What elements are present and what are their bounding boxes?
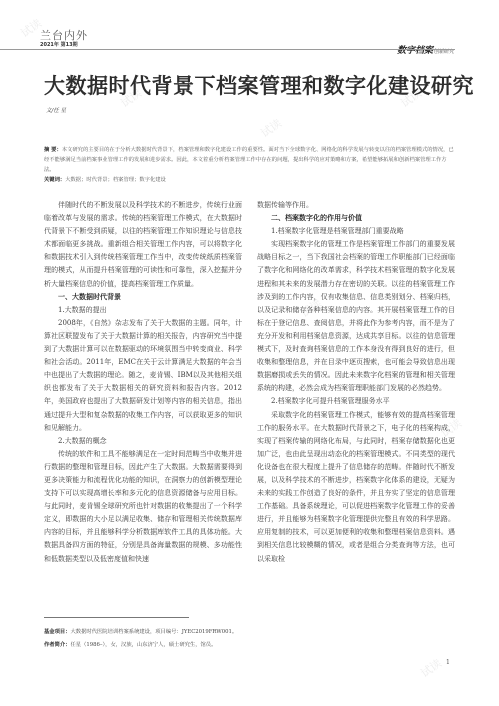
body-paragraph: 2008年，《自然》杂志发布了关于大数据的主题。同年，计算社区联盟发布了关于大数… — [44, 317, 242, 435]
abstract-text: 本文研究的主要目的在于分析大数据时代背景下，档案管理和数字化建设工作的重要性。面… — [44, 147, 454, 173]
column-brand: 数字档案创新研究 — [397, 38, 454, 57]
keywords: 关键词：大数据；时代背景；档案管理；数字化建设 — [44, 175, 457, 185]
body-paragraph: 实现档案数字化的管理工作是档案管理工作部门的重要发展战略目标之一，当下我国社会档… — [257, 238, 455, 395]
subsection-heading: 2.档案数字化可提升档案管理服务水平 — [257, 395, 455, 408]
section-heading: 二、档案数字化的作用与价值 — [257, 212, 455, 225]
body-paragraph-continued: 数据传输等作用。 — [257, 199, 455, 212]
keywords-label: 关键词： — [44, 177, 65, 183]
watermark: 试读 — [257, 115, 284, 141]
page-number: 1 — [446, 659, 450, 666]
body-paragraph: 传统的软件和工具不能够满足在一定时间范畴当中收集并进行数据的整理和管理目标，因此… — [44, 448, 242, 566]
fund-label: 基金项目： — [44, 629, 71, 635]
fund-text: 大数据时代医院培训档案系统建设，项目编号：JYEC2019FRW001。 — [71, 629, 238, 635]
subsection-heading: 2.大数据的概念 — [44, 435, 242, 448]
abstract-label: 摘 要： — [44, 147, 62, 153]
brand-main: 数字档案 — [397, 46, 433, 56]
header-divider — [0, 49, 455, 50]
bio-label: 作者简介： — [44, 642, 71, 648]
article-title: 大数据时代背景下档案管理和数字化建设研究 — [44, 70, 474, 100]
subsection-heading: 1.大数据的提出 — [44, 304, 242, 317]
footnote-divider — [44, 617, 189, 618]
keywords-text: 大数据；时代背景；档案管理；数字化建设 — [65, 177, 166, 183]
abstract-block: 摘 要：本文研究的主要目的在于分析大数据时代背景下，档案管理和数字化建设工作的重… — [44, 145, 457, 185]
body-column-right: 数据传输等作用。 二、档案数字化的作用与价值 1.档案数字化管理是档案管理部门重… — [257, 199, 455, 566]
watermark: 试读 — [417, 655, 444, 681]
section-heading: 一、大数据时代背景 — [44, 291, 242, 304]
body-column-left: 伴随时代的不断发展以及科学技术的不断进步，传统行业面临着改革与发展的需求。传统的… — [44, 199, 242, 566]
fund-note: 基金项目：大数据时代医院培训档案系统建设，项目编号：JYEC2019FRW001… — [44, 627, 237, 635]
intro-paragraph: 伴随时代的不断发展以及科学技术的不断进步，传统行业面临着改革与发展的需求。传统的… — [44, 199, 242, 291]
issue-label: 2021年 第13期 — [40, 41, 78, 48]
bio-text: 任星（1986–），女，汉族，山东济宁人，硕士研究生，馆员。 — [71, 642, 217, 648]
body-paragraph: 采取数字化的档案管理工作模式，能够有效的提高档案管理工作的服务水平。在大数据时代… — [257, 409, 455, 566]
author-bio: 作者简介：任星（1986–），女，汉族，山东济宁人，硕士研究生，馆员。 — [44, 640, 216, 648]
abstract: 摘 要：本文研究的主要目的在于分析大数据时代背景下，档案管理和数字化建设工作的重… — [44, 145, 457, 175]
subsection-heading: 1.档案数字化管理是档案管理部门重要战略 — [257, 225, 455, 238]
author-byline: 文/任 星 — [46, 106, 66, 114]
